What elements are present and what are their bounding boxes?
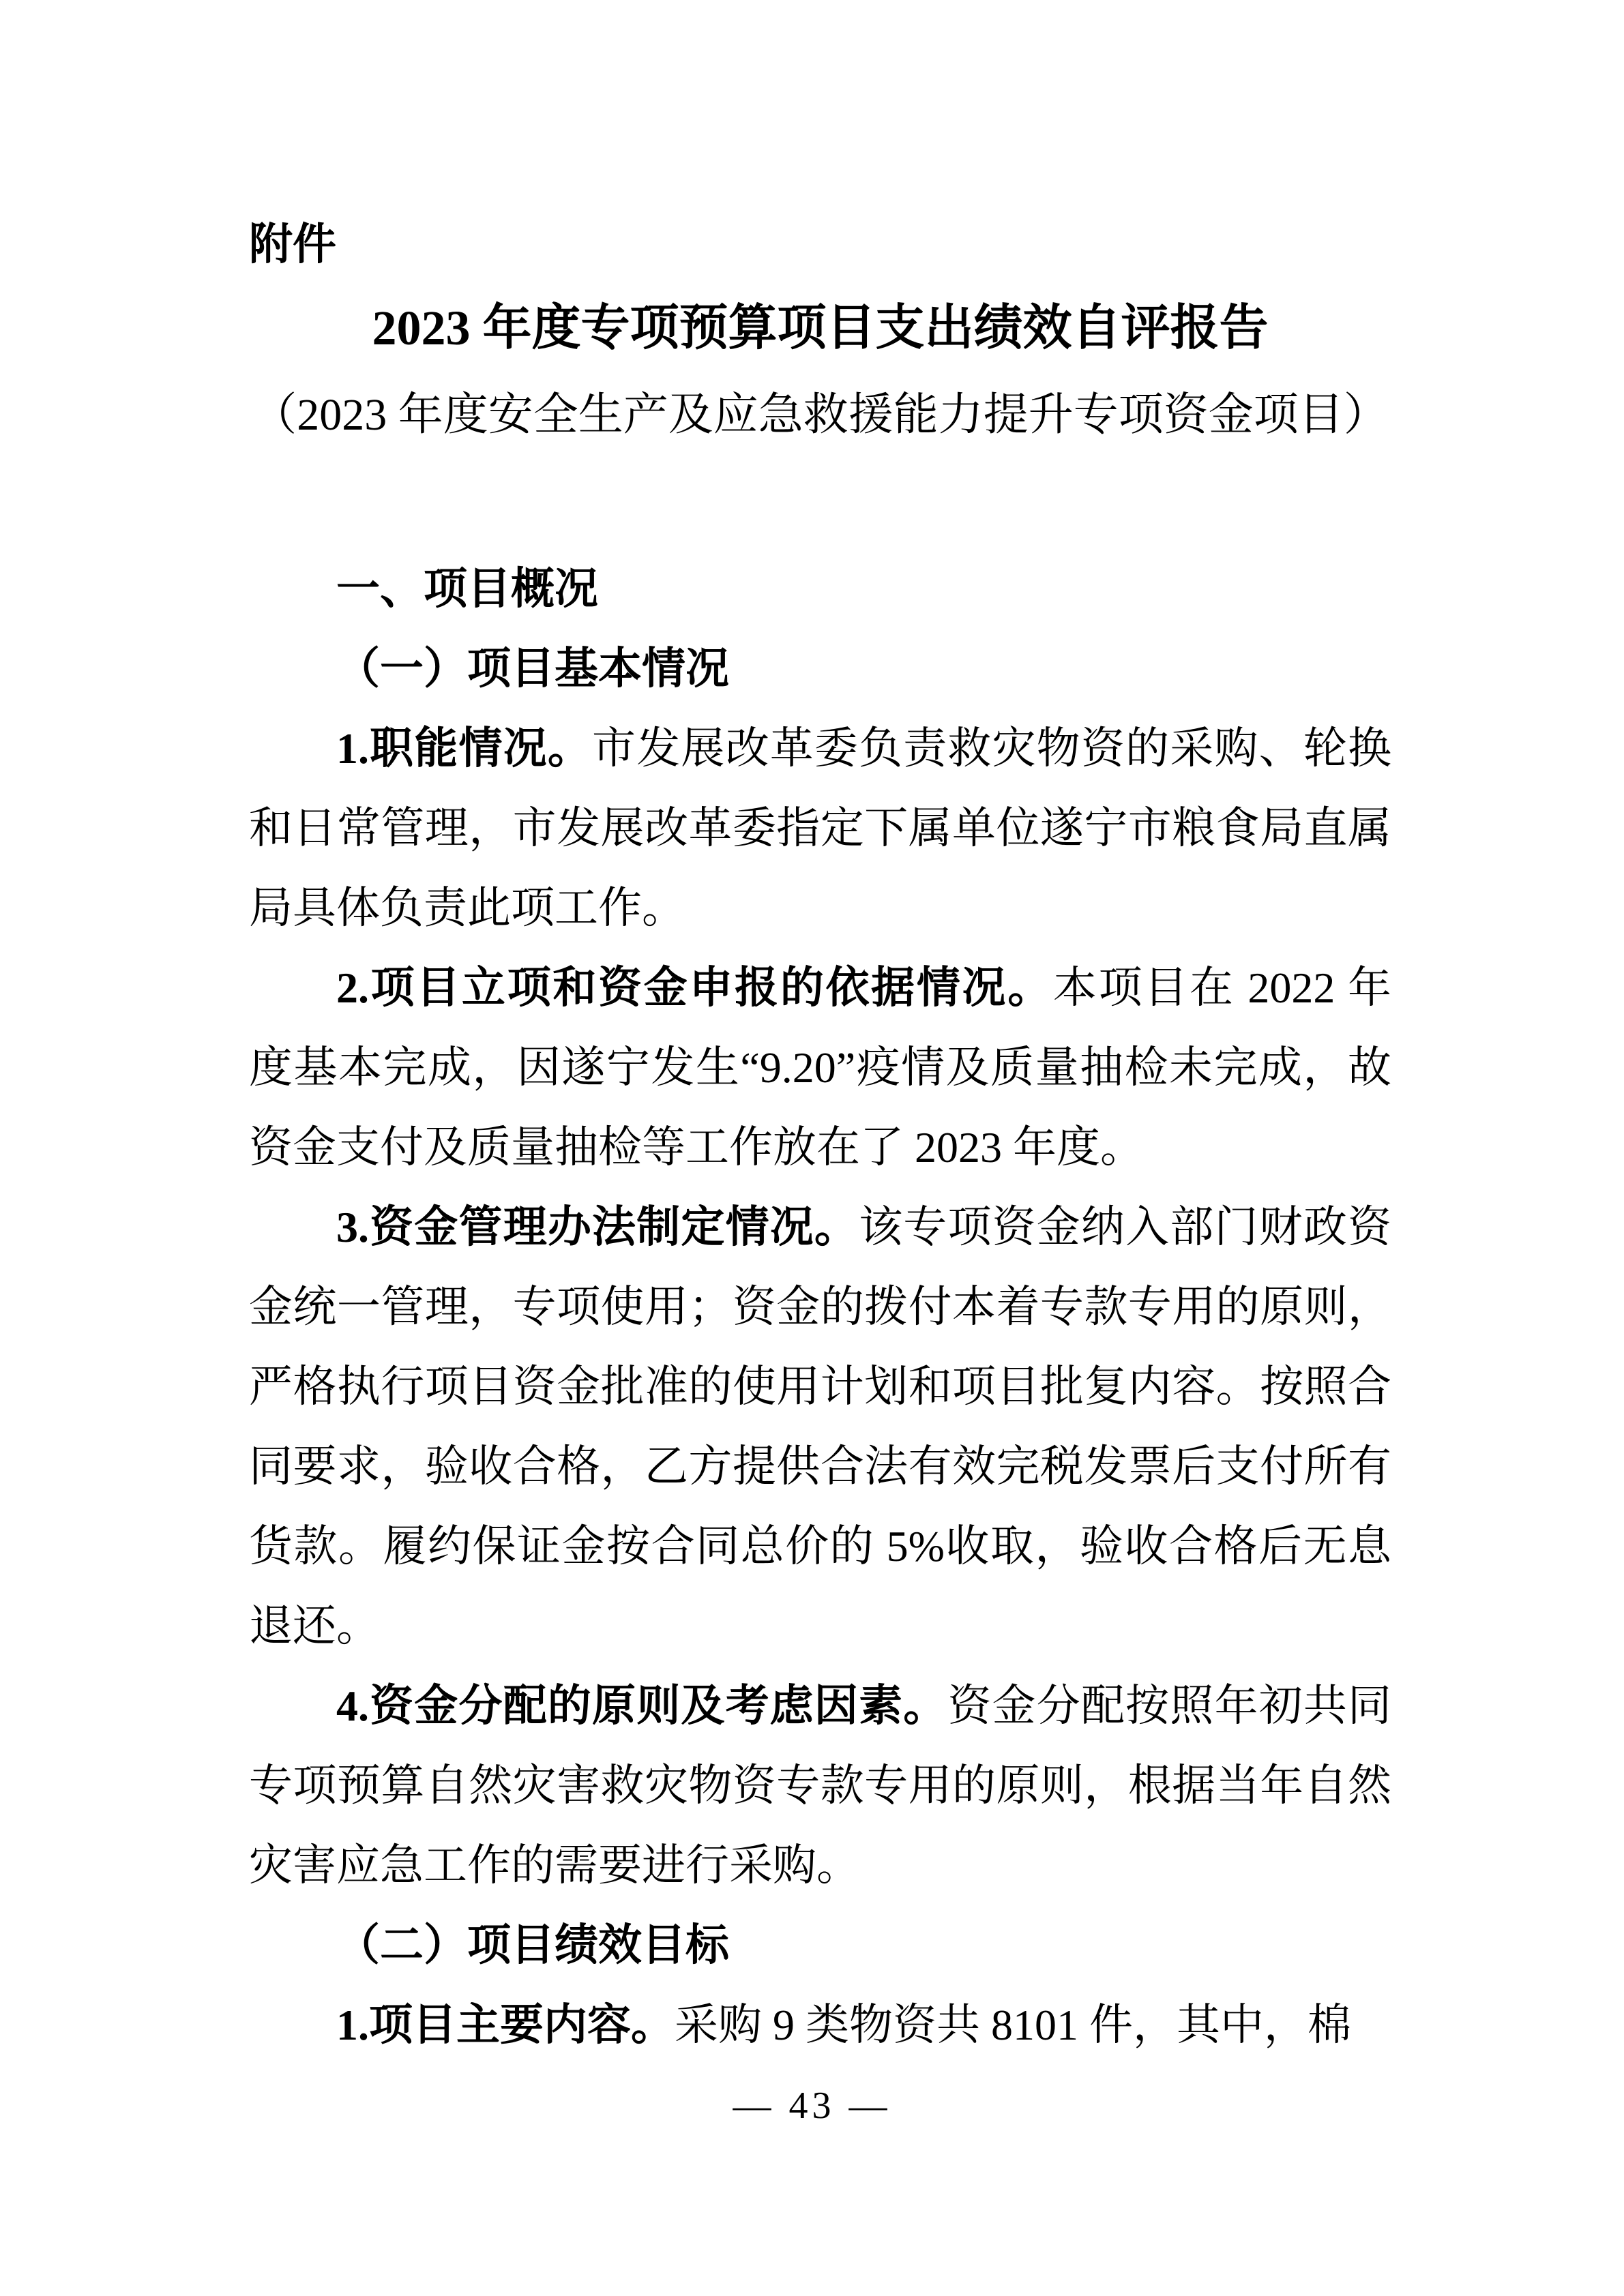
paragraph-main-content-text: 采购 9 类物资共 8101 件，其中，棉 <box>675 2001 1351 2049</box>
paragraph-functions: 1.职能情况。市发展改革委负责救灾物资的采购、轮换和日常管理，市发展改革委指定下… <box>249 709 1391 948</box>
paragraph-fund-management: 3.资金管理办法制定情况。该专项资金纳入部门财政资金统一管理，专项使用；资金的拨… <box>249 1187 1391 1666</box>
document-content: 附件 2023 年度专项预算项目支出绩效自评报告 （2023 年度安全生产及应急… <box>0 0 1624 2065</box>
paragraph-fund-management-lead: 3.资金管理办法制定情况。 <box>336 1203 859 1251</box>
subsection-heading-basic-situation: （一）项目基本情况 <box>249 629 1391 709</box>
paragraph-functions-lead: 1.职能情况。 <box>336 724 592 773</box>
document-subtitle: （2023 年度安全生产及应急救援能力提升专项资金项目） <box>249 372 1391 458</box>
document-body: 一、项目概况 （一）项目基本情况 1.职能情况。市发展改革委负责救灾物资的采购、… <box>249 549 1391 2065</box>
paragraph-fund-management-text: 该专项资金纳入部门财政资金统一管理，专项使用；资金的拨付本着专款专用的原则，严格… <box>249 1203 1391 1650</box>
section-heading-project-overview: 一、项目概况 <box>249 549 1391 629</box>
paragraph-main-content: 1.项目主要内容。采购 9 类物资共 8101 件，其中，棉 <box>249 1985 1391 2065</box>
document-page: 附件 2023 年度专项预算项目支出绩效自评报告 （2023 年度安全生产及应急… <box>0 0 1624 2296</box>
blank-line-spacer <box>249 458 1391 549</box>
paragraph-fund-allocation: 4.资金分配的原则及考虑因素。资金分配按照年初共同专项预算自然灾害救灾物资专款专… <box>249 1666 1391 1905</box>
paragraph-fund-allocation-lead: 4.资金分配的原则及考虑因素。 <box>336 1682 947 1730</box>
paragraph-approval-basis: 2.项目立项和资金申报的依据情况。本项目在 2022 年度基本完成，因遂宁发生“… <box>249 948 1391 1187</box>
paragraph-main-content-lead: 1.项目主要内容。 <box>336 2001 675 2049</box>
document-title: 2023 年度专项预算项目支出绩效自评报告 <box>249 284 1391 372</box>
subsection-heading-performance-goals: （二）项目绩效目标 <box>249 1905 1391 1985</box>
paragraph-approval-basis-lead: 2.项目立项和资金申报的依据情况。 <box>336 964 1053 1012</box>
attachment-label: 附件 <box>249 205 1391 284</box>
page-number: — 43 — <box>0 2066 1624 2146</box>
